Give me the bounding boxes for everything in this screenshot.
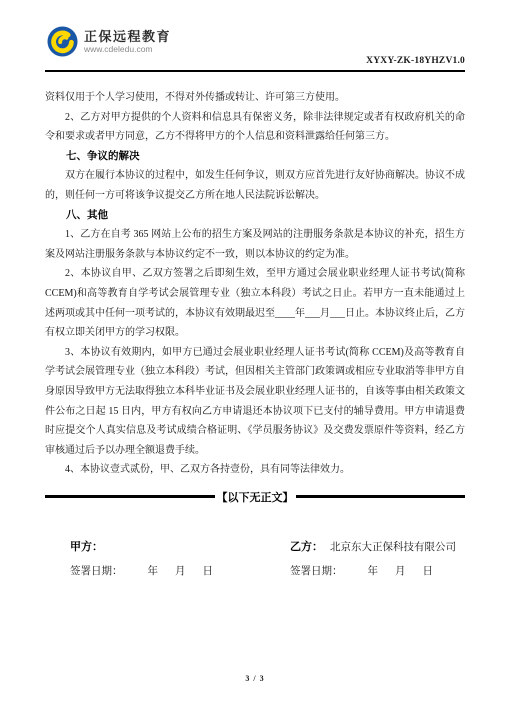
divider-line-right xyxy=(296,495,466,498)
end-of-text-divider: 【以下无正文】 xyxy=(45,489,465,505)
signature-section: 甲方： 签署日期：年月日 乙方：北京东大正保科技有限公司 签署日期：年月日 xyxy=(45,535,465,584)
brand-swirl-icon xyxy=(47,26,78,57)
clause-8-4: 4、本协议壹式贰份，甲、乙双方各持壹份，具有同等法律效力。 xyxy=(45,460,465,480)
month-label: 月 xyxy=(395,566,406,577)
clause-7-1: 双方在履行本协议的过程中，如发生任何争议，则双方应首先进行友好协商解决。协议不成… xyxy=(45,166,465,205)
continuation-text: 资料仅用于个人学习使用，不得对外传播或转让、许可第三方使用。 xyxy=(45,88,465,108)
page-number: 3 / 3 xyxy=(0,674,510,683)
party-b-sign-date-row: 签署日期：年月日 xyxy=(290,560,465,584)
document-code: XYXY-ZK-18YHZV1.0 xyxy=(366,56,465,66)
sign-date-label: 签署日期： xyxy=(70,566,123,577)
brand-text-block: 正保远程教育 www.cdeledu.com xyxy=(84,29,171,54)
year-label: 年 xyxy=(148,566,159,577)
brand-name: 正保远程教育 xyxy=(84,29,171,44)
document-page: { "header": { "logo": { "brand": "正保远程教育… xyxy=(0,0,510,711)
sign-date-label: 签署日期： xyxy=(290,566,343,577)
party-b-name: 北京东大正保科技有限公司 xyxy=(330,542,456,553)
party-a-label: 甲方： xyxy=(70,541,103,553)
section-8-heading: 八、其他 xyxy=(45,206,465,226)
year-label: 年 xyxy=(368,566,379,577)
party-b-block: 乙方：北京东大正保科技有限公司 签署日期：年月日 xyxy=(290,535,465,584)
party-a-sign-date-row: 签署日期：年月日 xyxy=(70,560,290,584)
end-of-text-marker: 【以下无正文】 xyxy=(215,489,296,505)
clause-8-3: 3、本协议有效期内，如甲方已通过会展业职业经理人证书考试(简称 CCEM)及高等… xyxy=(45,343,465,461)
day-label: 日 xyxy=(203,566,214,577)
page-container: 正保远程教育 www.cdeledu.com XYXY-ZK-18YHZV1.0… xyxy=(0,0,510,584)
clause-8-2: 2、本协议自甲、乙双方签署之后即刻生效，至甲方通过会展业职业经理人证书考试(简称… xyxy=(45,264,465,342)
section-7-heading: 七、争议的解决 xyxy=(45,147,465,167)
document-body: 资料仅用于个人学习使用，不得对外传播或转让、许可第三方使用。 2、乙方对甲方提供… xyxy=(45,88,465,480)
clause-8-1: 1、乙方在自考 365 网站上公布的招生方案及网站的注册服务条款是本协议的补充，… xyxy=(45,225,465,264)
party-a-block: 甲方： 签署日期：年月日 xyxy=(45,535,290,584)
brand-logo: 正保远程教育 www.cdeledu.com xyxy=(47,26,171,57)
divider-line-left xyxy=(45,495,215,498)
party-a-row: 甲方： xyxy=(70,535,290,560)
day-label: 日 xyxy=(423,566,434,577)
brand-website: www.cdeledu.com xyxy=(84,44,171,54)
party-b-label: 乙方： xyxy=(290,541,323,553)
page-header: 正保远程教育 www.cdeledu.com XYXY-ZK-18YHZV1.0 xyxy=(45,26,465,72)
party-b-row: 乙方：北京东大正保科技有限公司 xyxy=(290,535,465,560)
month-label: 月 xyxy=(175,566,186,577)
clause-6-2: 2、乙方对甲方提供的个人资料和信息具有保密义务，除非法律规定或者有权政府机关的命… xyxy=(45,108,465,147)
